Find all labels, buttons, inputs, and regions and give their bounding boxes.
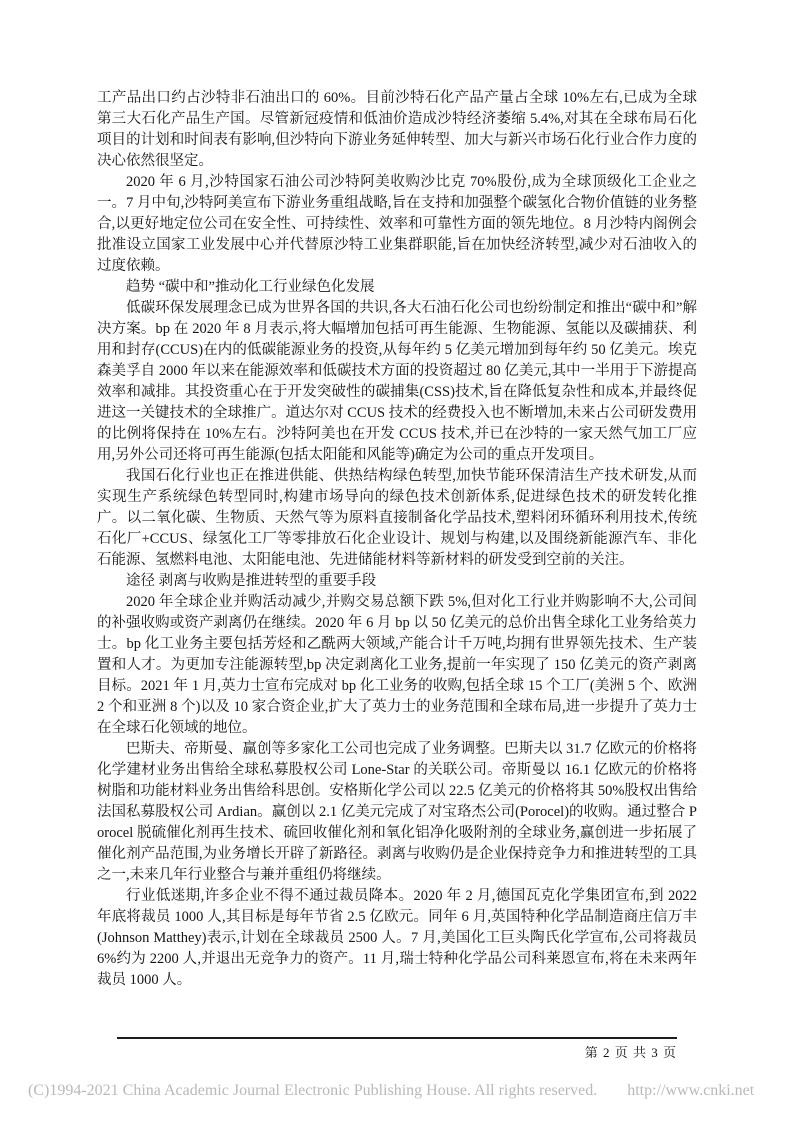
cnki-url: http://www.cnki.net: [627, 1082, 754, 1099]
copyright-notice: (C)1994-2021 China Academic Journal Elec…: [28, 1082, 768, 1100]
copyright-text: (C)1994-2021 China Academic Journal Elec…: [28, 1082, 597, 1099]
article-body: 工产品出口约占沙特非石油出口的 60%。目前沙特石化产品产量占全球 10%左右,…: [97, 88, 697, 991]
footer-divider: [117, 1037, 677, 1039]
body-paragraph: 工产品出口约占沙特非石油出口的 60%。目前沙特石化产品产量占全球 10%左右,…: [97, 88, 697, 172]
body-paragraph: 低碳环保发展理念已成为世界各国的共识,各大石油石化公司也纷纷制定和推出“碳中和”…: [97, 298, 697, 466]
page-number: 第 2 页 共 3 页: [117, 1042, 677, 1061]
body-paragraph: 行业低迷期,许多企业不得不通过裁员降本。2020 年 2 月,德国瓦克化学集团宣…: [97, 886, 697, 991]
body-paragraph: 我国石化行业也正在推进供能、供热结构绿色转型,加快节能环保清洁生产技术研发,从而…: [97, 466, 697, 571]
document-page: 工产品出口约占沙特非石油出口的 60%。目前沙特石化产品产量占全球 10%左右,…: [0, 0, 793, 1122]
body-paragraph: 巴斯夫、帝斯曼、赢创等多家化工公司也完成了业务调整。巴斯夫以 31.7 亿欧元的…: [97, 739, 697, 886]
body-paragraph: 2020 年全球企业并购活动减少,并购交易总额下跌 5%,但对化工行业并购影响不…: [97, 592, 697, 739]
section-heading-trend: 趋势 “碳中和”推动化工行业绿色化发展: [97, 277, 697, 298]
body-paragraph: 2020 年 6 月,沙特国家石油公司沙特阿美收购沙比克 70%股份,成为全球顶…: [97, 172, 697, 277]
section-heading-approach: 途径 剥离与收购是推进转型的重要手段: [97, 571, 697, 592]
